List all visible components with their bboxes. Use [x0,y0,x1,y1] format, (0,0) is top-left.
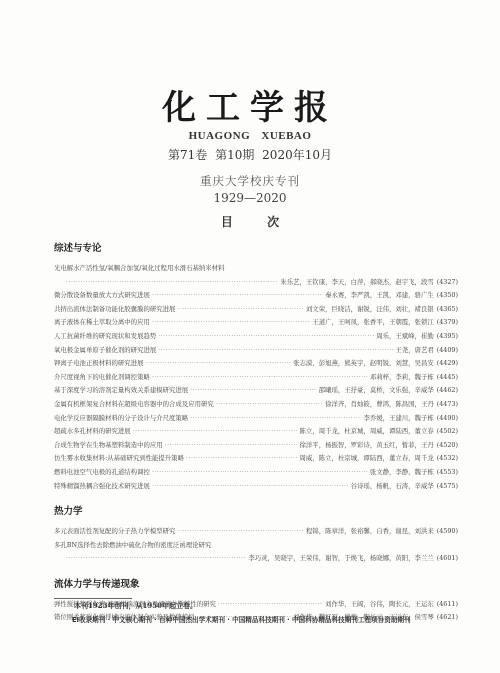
entry-page: (4553) [437,466,458,480]
leader-dots [152,289,323,303]
toc-entry[interactable]: 金属有机框架复合材料在超级电容器中的合成及应用研究徐洋齐，肖灿筱，曹鸿，陈昌国，… [54,398,458,412]
toc-entry[interactable]: 特殊精馏热耦合强化技术研究进展谷诗瑶，杨帆，石涛，辛威华(4575) [54,480,458,494]
entry-title: 合成生物学在生物基塑料制造中的应用 [54,439,163,453]
entry-page: (4350) [437,289,458,303]
entry-title: 基于深度学习的溶剂定量构效关系建模研究进展 [54,384,188,398]
entry-page: (4473) [437,398,458,412]
entry-title: 介尺度视角下的电催化剂调控策略 [54,371,150,385]
entry-authors: 邵曦瑶，王抒豪，莫桥，文乐强，辛威华 [319,384,434,398]
entry-page: (4601) [437,552,458,566]
section-title-review: 综述与专论 [54,240,458,254]
toc-entry[interactable]: 超疏水多孔材料的研究进展陈立，周千龙，杜京城，周威，谭陆西，董立春(4502) [54,425,458,439]
leader-dots [216,398,323,412]
toc-entry[interactable]: 基于深度学习的溶剂定量构效关系建模研究进展邵曦瑶，王抒豪，莫桥，文乐强，辛威华(… [54,384,458,398]
toc-entry[interactable]: 微分散设备数量放大方式研究进展秦永赛，李严凯，王凯，邓建，骆广生(4350) [54,289,458,303]
entry-page: (4575) [437,480,458,494]
toc-entry[interactable]: 人工抗菌纤维的研究现状和发展趋势周乐，王斌峰，崔勤(4395) [54,330,458,344]
entry-page: (4502) [437,425,458,439]
toc-entry[interactable]: 多孔BN选择性去除燃油中硫化合物的密度泛函理论研究 李巧灵，吴晓宇，王荣伟，谢智… [54,539,458,566]
indexing-note: EI收录期刊 · 中文核心期刊 · 百种中国杰出学术期刊 · 中国精品科技期刊 … [72,614,411,624]
entry-title: 多元表面活性剂复配的分子热力学模型研究 [54,525,175,539]
entry-authors: 李巧灵，吴晓宇，王荣伟，谢智，于焕飞，杨晓娜，黄阳，李兰兰 [248,552,433,566]
entry-page: (4429) [437,357,458,371]
toc-entry[interactable]: 电化学反应器隔膜材料的分子设计与介尺度策略李乔媛，王建川，魏子栋(4490) [54,412,458,426]
leader-dots [133,425,298,439]
entry-page: (4379) [437,316,458,330]
entry-title: 氧电极金属单原子催化剂的研究进展 [54,344,156,358]
leader-dots [190,384,317,398]
leader-dots [186,452,298,466]
section-title-thermodynamics: 热力学 [54,503,458,517]
toc-entry[interactable]: 仿生雾水收集材料:从基础研究到性能提升策略周威，陈立，杜京城，谭陆西，董立春，周… [54,452,458,466]
entry-page: (4490) [437,412,458,426]
entry-title: 光电解水产活性氢/氧耦合加氢/氧化过程用水滑石基纳米材料 [54,262,458,276]
entry-page: (4395) [437,330,458,344]
entry-page: (4327) [437,276,458,290]
entry-authors: 张志漠，彭旭燕，熊英宇，赵明锐，刘慧，吴昌安 [293,357,434,371]
entry-authors: 刘作华，王阔，谷伟，陶长元，王运东 [325,598,434,612]
entry-page: (4409) [437,344,458,358]
toc-entry[interactable]: 共挤出流体法制备功能化胶囊膜的研究进展刘文荣，巨晓洁，谢锐，汪伟，刘壮，褚良银(… [54,303,458,317]
leader-dots [218,598,323,612]
special-issue-label: 重庆大学校庆专刊 [0,173,500,189]
leader-dots [152,316,310,330]
entry-title: 微分散设备数量放大方式研究进展 [54,289,150,303]
leader-dots [158,330,374,344]
toc-entry[interactable]: 介尺度视角下的电催化剂调控策略邓莉梓，李莉，魏子栋(4445) [54,371,458,385]
leader-dots [177,303,304,317]
entry-title: 电化学反应器隔膜材料的分子设计与介尺度策略 [54,412,188,426]
table-of-contents: 综述与专论 光电解水产活性氢/氧耦合加氢/氧化过程用水滑石基纳米材料 朱乐艺，王… [54,240,458,625]
entry-authors: 邓莉梓，李莉，魏子栋 [370,371,434,385]
toc-entry[interactable]: 氧电极金属单原子催化剂的研究进展王尧，唐艺君(4409) [54,344,458,358]
entry-authors: 王道广，王呵凤，张香平，王朝霞，张锁江 [312,316,433,330]
entry-title: 共挤出流体法制备功能化胶囊膜的研究进展 [54,303,175,317]
toc-entry[interactable]: 钾离子电池正极材料的研究进展张志漠，彭旭燕，熊英宇，赵明锐，刘慧，吴昌安(442… [54,357,458,371]
entry-title: 燃料电池空气电极的孔道结构调控 [54,466,150,480]
leader-dots [190,412,361,426]
entry-title: 钾离子电池正极材料的研究进展 [54,357,143,371]
journal-title: 化工学报 [0,88,500,128]
entry-authors: 李乔媛，王建川，魏子栋 [363,412,433,426]
entry-authors: 朱乐艺，王钦康，李天，白萍，郝晓杰，赵宇飞，段雪 [280,276,433,290]
leader-dots [177,525,304,539]
entry-authors: 陈立，周千龙，杜京城，周威，谭陆西，董立春 [300,425,434,439]
entry-page: (4520) [437,439,458,453]
footnote-divider [54,598,132,599]
entry-page: (4611) [437,598,458,612]
toc-entry[interactable]: 多元表面活性剂复配的分子热力学模型研究程锦，陈章洋，张裕馨，自香，谢昆，刘洪来(… [54,525,458,539]
leader-dots [145,357,291,371]
entry-authors: 张文静，李静，魏子栋 [370,466,434,480]
leader-dots [152,466,368,480]
entry-authors: 秦永赛，李严凯，王凯，邓建，骆广生 [325,289,434,303]
entry-title: 人工抗菌纤维的研究现状和发展趋势 [54,330,156,344]
toc-entry[interactable]: 燃料电池空气电极的孔道结构调控张文静，李静，魏子栋(4553) [54,466,458,480]
entry-page: (4462) [437,384,458,398]
entry-title: 多孔BN选择性去除燃油中硫化合物的密度泛函理论研究 [54,539,458,553]
founded-note: 本刊1923年创刊，从1950年起立卷。 [74,601,197,611]
entry-page: (4590) [437,525,458,539]
journal-header: 化工学报 HUAGONG XUEBAO 第71卷 第10期 2020年10月 重… [0,88,500,230]
entry-authors: 徐洋齐，肖灿筱，曹鸿，陈昌国，王丹 [325,398,434,412]
entry-authors: 周威，陈立，杜京城，谭陆西，董立春，周千龙 [300,452,434,466]
entry-authors: 程锦，陈章洋，张裕馨，自香，谢昆，刘洪来 [306,525,434,539]
entry-title: 特殊精馏热耦合强化技术研究进展 [54,480,150,494]
journal-pinyin: HUAGONG XUEBAO [0,130,500,142]
entry-authors: 徐洋平，杨振智，罗彩诗，黄玉红，暂菲，王丹 [300,439,434,453]
entry-title: 离子液体在稀土萃取分离中的应用 [54,316,150,330]
leader-dots [165,439,298,453]
entry-title: 金属有机框架复合材料在超级电容器中的合成及应用研究 [54,398,214,412]
entry-page: (4365) [437,303,458,317]
contents-heading: 目 次 [0,213,500,230]
entry-page: (4621) [437,611,458,625]
entry-title: 仿生雾水收集材料:从基础研究到性能提升策略 [54,452,184,466]
section-title-fluid-mechanics: 流体力学与传递现象 [54,576,458,590]
entry-authors: 谷诗瑶，杨帆，石涛，辛威华 [351,480,434,494]
anniversary-years: 1929—2020 [0,191,500,205]
entry-page: (4445) [437,371,458,385]
leader-dots [152,371,368,385]
entry-authors: 王尧，唐艺君 [395,344,433,358]
entry-authors: 周乐，王斌峰，崔勤 [376,330,434,344]
leader-dots [158,344,393,358]
leader-dots [66,552,246,566]
toc-entry[interactable]: 离子液体在稀土萃取分离中的应用王道广，王呵凤，张香平，王朝霞，张锁江(4379) [54,316,458,330]
leader-dots [66,276,278,290]
toc-entry[interactable]: 合成生物学在生物基塑料制造中的应用徐洋平，杨振智，罗彩诗，黄玉红，暂菲，王丹(4… [54,439,458,453]
entry-title: 超疏水多孔材料的研究进展 [54,425,131,439]
entry-authors: 刘文荣，巨晓洁，谢锐，汪伟，刘壮，褚良银 [306,303,434,317]
issue-line: 第71卷 第10期 2020年10月 [0,146,500,163]
leader-dots [152,480,349,494]
entry-page: (4532) [437,452,458,466]
toc-entry[interactable]: 光电解水产活性氢/氧耦合加氢/氧化过程用水滑石基纳米材料 朱乐艺，王钦康，李天，… [54,262,458,289]
